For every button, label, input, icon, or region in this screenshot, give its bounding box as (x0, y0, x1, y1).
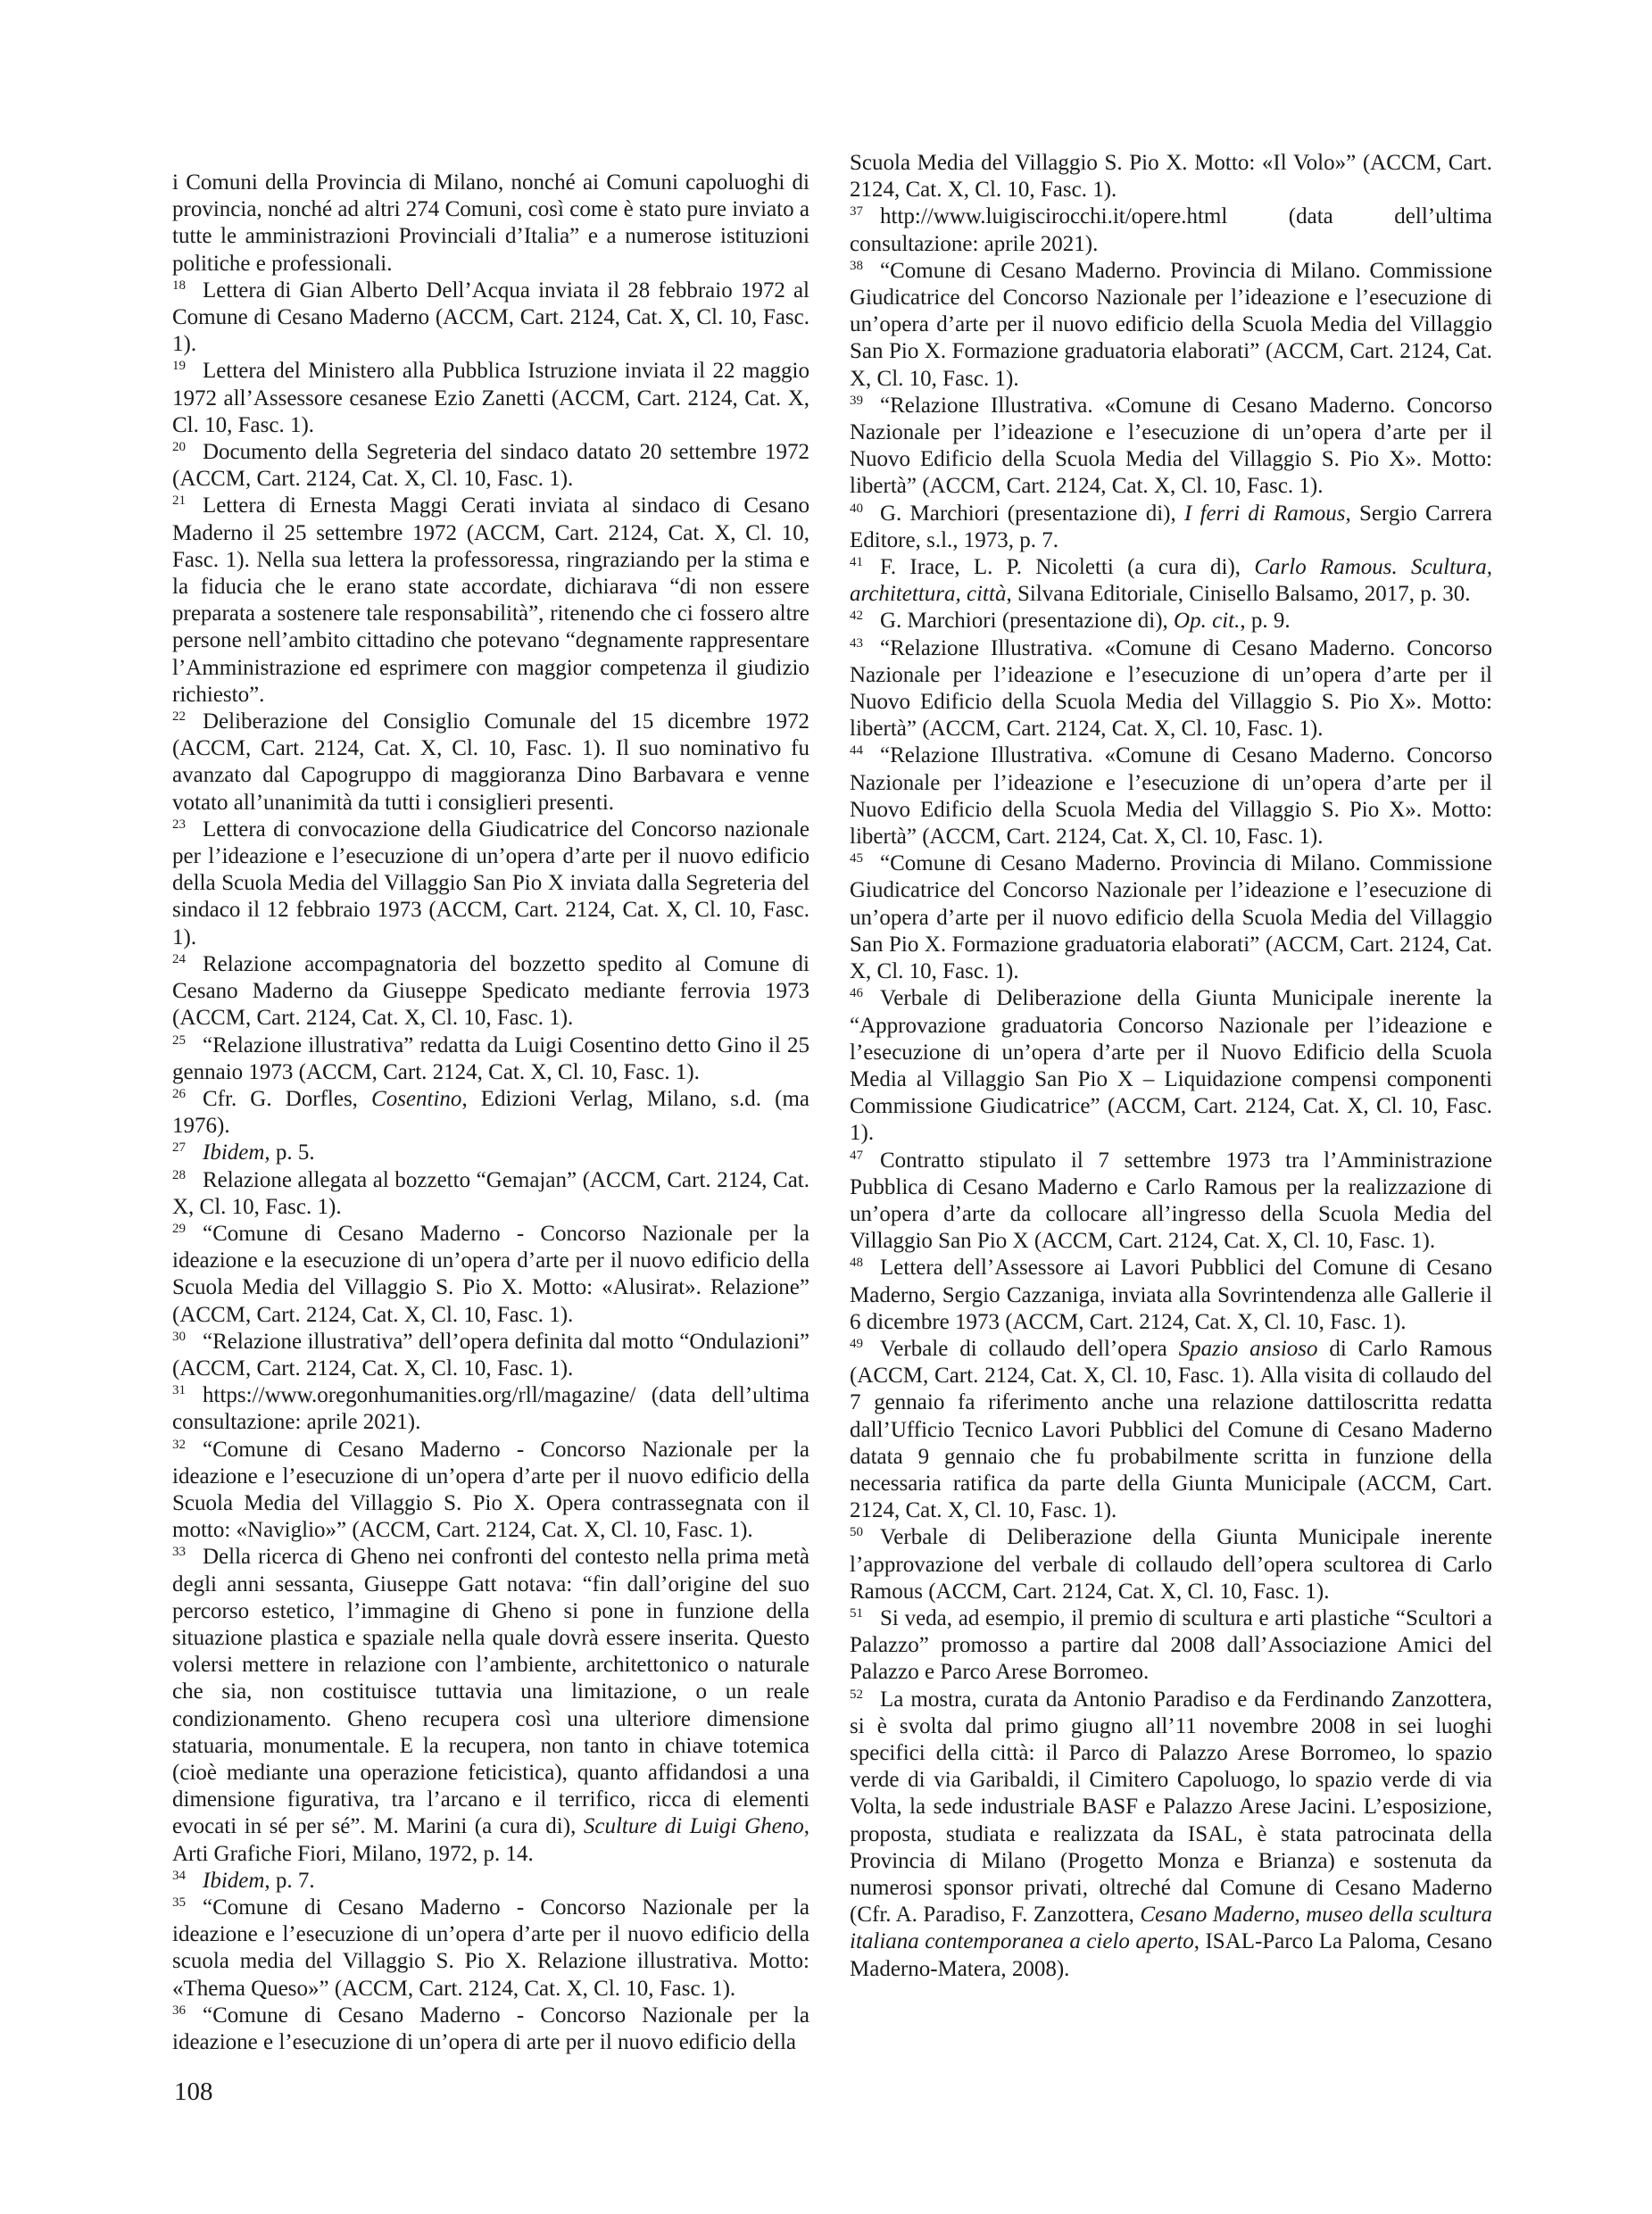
footnote-text: “Relazione illustrativa” dell’opera defi… (172, 1330, 809, 1381)
footnote-text: Cfr. G. Dorfles, (203, 1087, 371, 1111)
footnote-text: Relazione allegata al bozzetto “Gemajan”… (172, 1168, 809, 1219)
footnote-38: 38“Comune di Cesano Maderno. Provincia d… (850, 258, 1492, 393)
footnote-39: 39“Relazione Illustrativa. «Comune di Ce… (850, 393, 1492, 501)
footnote-34: 34Ibidem, p. 7. (172, 1868, 809, 1895)
footnote-24: 24Relazione accompagnatoria del bozzetto… (172, 951, 809, 1032)
footnote-text: Contratto stipulato il 7 settembre 1973 … (850, 1148, 1492, 1254)
footnote-text: Lettera del Ministero alla Pubblica Istr… (172, 359, 809, 436)
footnote-text: G. Marchiori (presentazione di), (880, 609, 1174, 633)
footnote-text: La mostra, curata da Antonio Paradiso e … (850, 1687, 1492, 1928)
footnote-text: , p. 5. (264, 1140, 314, 1165)
footnote-30: 30“Relazione illustrativa” dell’opera de… (172, 1329, 809, 1382)
footnote-32: 32“Comune di Cesano Maderno - Concorso N… (172, 1437, 809, 1545)
footnote-29: 29“Comune di Cesano Maderno - Concorso N… (172, 1221, 809, 1329)
footnote-text: “Comune di Cesano Maderno - Concorso Naz… (172, 1438, 809, 1543)
footnote-37: 37http://www.luigiscirocchi.it/opere.htm… (850, 203, 1492, 257)
footnote-text: http://www.luigiscirocchi.it/opere.html … (850, 204, 1492, 255)
footnote-50: 50Verbale di Deliberazione della Giunta … (850, 1524, 1492, 1605)
footnote-25: 25“Relazione illustrativa” redatta da Lu… (172, 1032, 809, 1086)
footnote-text: Lettera di Gian Alberto Dell’Acqua invia… (172, 278, 809, 356)
footnote-text: , p. 9. (1240, 609, 1290, 633)
footnote-33: 33Della ricerca di Gheno nei confronti d… (172, 1544, 809, 1867)
footnote-italic-title: Spazio ansioso (1179, 1337, 1318, 1361)
footnote-40: 40G. Marchiori (presentazione di), I fer… (850, 501, 1492, 554)
footnote-text: Verbale di Deliberazione della Giunta Mu… (850, 986, 1492, 1145)
footnote-43: 43“Relazione Illustrativa. «Comune di Ce… (850, 635, 1492, 743)
document-page: i Comuni della Provincia di Milano, nonc… (0, 0, 1652, 2214)
footnote-text: Lettera di convocazione della Giudicatri… (172, 817, 809, 949)
footnote-text: F. Irace, L. P. Nicoletti (a cura di), (880, 555, 1254, 579)
footnote-text: “Comune di Cesano Maderno - Concorso Naz… (172, 1222, 809, 1327)
footnote-41: 41F. Irace, L. P. Nicoletti (a cura di),… (850, 554, 1492, 608)
footnote-text: di Carlo Ramous (ACCM, Cart. 2124, Cat. … (850, 1337, 1492, 1522)
footnote-52: 52La mostra, curata da Antonio Paradiso … (850, 1687, 1492, 1983)
footnote-42: 42G. Marchiori (presentazione di), Op. c… (850, 608, 1492, 634)
footnote-45: 45“Comune di Cesano Maderno. Provincia d… (850, 850, 1492, 985)
footnote-22: 22Deliberazione del Consiglio Comunale d… (172, 709, 809, 817)
footnote-18: 18Lettera di Gian Alberto Dell’Acqua inv… (172, 278, 809, 359)
footnotes-right-column: Scuola Media del Villaggio S. Pio X. Mot… (850, 150, 1492, 1983)
footnote-text: Verbale di Deliberazione della Giunta Mu… (850, 1525, 1492, 1603)
footnote-italic-title: Op. cit. (1174, 609, 1240, 633)
page-number: 108 (174, 2077, 213, 2107)
footnote-19: 19Lettera del Ministero alla Pubblica Is… (172, 358, 809, 439)
footnote-list-right: 37http://www.luigiscirocchi.it/opere.htm… (850, 203, 1492, 1982)
footnote-italic-title: Ibidem (203, 1140, 264, 1165)
footnote-italic-title: Cosentino (371, 1087, 461, 1111)
footnote-49: 49Verbale di collaudo dell’opera Spazio … (850, 1336, 1492, 1524)
footnote-continuation: Scuola Media del Villaggio S. Pio X. Mot… (850, 150, 1492, 203)
footnote-continuation: i Comuni della Provincia di Milano, nonc… (172, 170, 809, 278)
footnote-text: Documento della Segreteria del sindaco d… (172, 440, 809, 491)
footnote-text: “Comune di Cesano Maderno. Provincia di … (850, 259, 1492, 391)
footnote-text: Verbale di collaudo dell’opera (880, 1337, 1179, 1361)
footnote-23: 23Lettera di convocazione della Giudicat… (172, 817, 809, 951)
footnote-text: Lettera di Ernesta Maggi Cerati inviata … (172, 493, 809, 706)
footnotes-left-column: i Comuni della Provincia di Milano, nonc… (172, 170, 809, 2056)
footnote-21: 21Lettera di Ernesta Maggi Cerati inviat… (172, 493, 809, 709)
footnote-text: Relazione accompagnatoria del bozzetto s… (172, 952, 809, 1030)
footnote-text: “Relazione Illustrativa. «Comune di Cesa… (850, 743, 1492, 849)
footnote-51: 51Si veda, ad esempio, il premio di scul… (850, 1605, 1492, 1687)
footnote-list-left: 18Lettera di Gian Alberto Dell’Acqua inv… (172, 278, 809, 2056)
footnote-20: 20Documento della Segreteria del sindaco… (172, 439, 809, 493)
footnote-36: 36“Comune di Cesano Maderno - Concorso N… (172, 2003, 809, 2056)
footnote-47: 47Contratto stipulato il 7 settembre 197… (850, 1148, 1492, 1256)
footnote-44: 44“Relazione Illustrativa. «Comune di Ce… (850, 742, 1492, 850)
footnote-italic-title: I ferri di Ramous (1184, 502, 1346, 526)
footnote-31: 31https://www.oregonhumanities.org/rll/m… (172, 1382, 809, 1436)
footnote-text: , p. 7. (264, 1869, 314, 1893)
footnote-48: 48Lettera dell’Assessore ai Lavori Pubbl… (850, 1255, 1492, 1336)
footnote-text: “Relazione illustrativa” redatta da Luig… (172, 1033, 809, 1084)
footnote-35: 35“Comune di Cesano Maderno - Concorso N… (172, 1895, 809, 2003)
footnote-text: , Silvana Editoriale, Cinisello Balsamo,… (1006, 582, 1470, 606)
footnote-text: Lettera dell’Assessore ai Lavori Pubblic… (850, 1256, 1492, 1333)
footnote-text: “Comune di Cesano Maderno - Concorso Naz… (172, 2003, 809, 2054)
footnote-27: 27Ibidem, p. 5. (172, 1140, 809, 1166)
footnote-text: https://www.oregonhumanities.org/rll/mag… (172, 1383, 809, 1434)
footnote-text: “Relazione Illustrativa. «Comune di Cesa… (850, 636, 1492, 742)
footnote-text: “Comune di Cesano Maderno - Concorso Naz… (172, 1895, 809, 2001)
footnote-text: Della ricerca di Gheno nei confronti del… (172, 1545, 809, 1838)
footnote-26: 26Cfr. G. Dorfles, Cosentino, Edizioni V… (172, 1086, 809, 1140)
footnote-italic-title: Sculture di Luigi Gheno (584, 1814, 804, 1838)
footnote-text: G. Marchiori (presentazione di), (880, 502, 1184, 526)
footnote-46: 46Verbale di Deliberazione della Giunta … (850, 985, 1492, 1147)
footnote-text: Si veda, ad esempio, il premio di scultu… (850, 1606, 1492, 1684)
footnote-text: “Relazione Illustrativa. «Comune di Cesa… (850, 394, 1492, 499)
footnote-italic-title: Ibidem (203, 1869, 264, 1893)
footnote-text: Deliberazione del Consiglio Comunale del… (172, 709, 809, 815)
footnote-28: 28Relazione allegata al bozzetto “Gemaja… (172, 1167, 809, 1221)
footnote-text: “Comune di Cesano Maderno. Provincia di … (850, 851, 1492, 983)
